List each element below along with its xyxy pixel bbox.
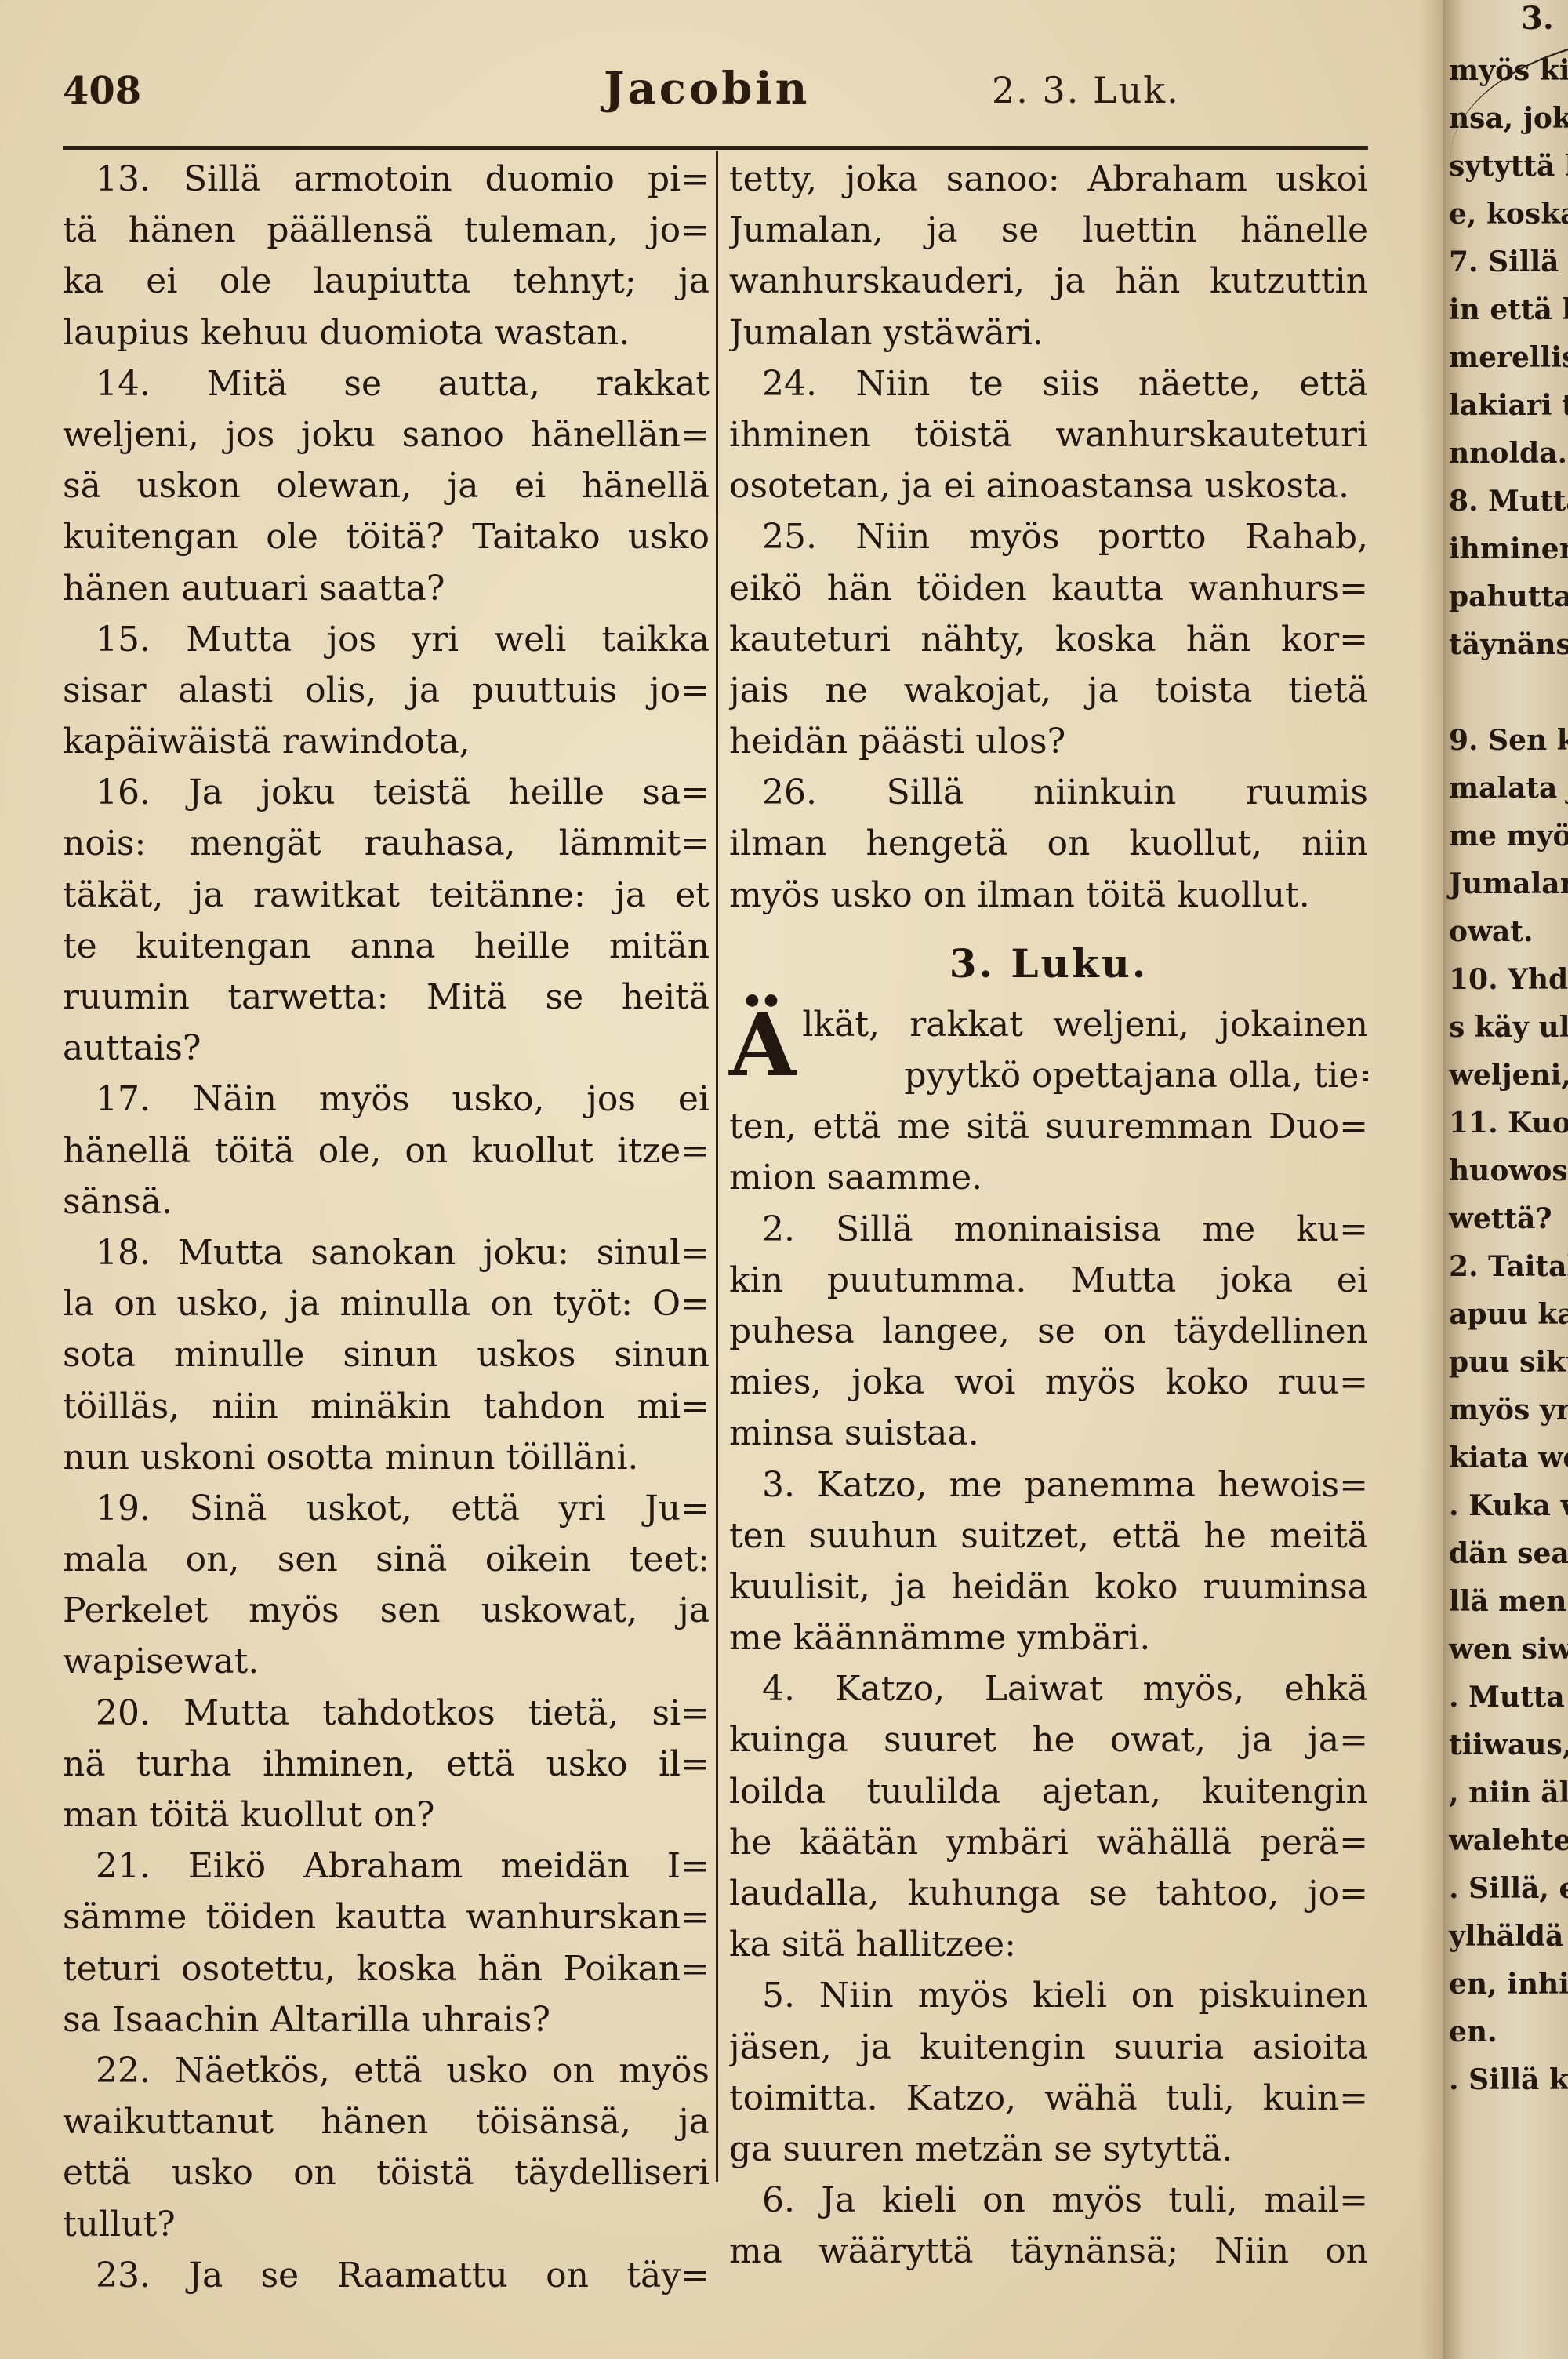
facing-line: ihminen as [1449, 525, 1568, 573]
facing-line: sytyttä kai [1449, 143, 1568, 191]
text-line: 25. Niin myös portto Rahab, [729, 511, 1368, 562]
running-header: 408 Jacobin 2. 3. Luk. [63, 55, 1368, 133]
facing-line: 8. Mutta [1449, 478, 1568, 525]
facing-line: s käy ulos. [1449, 1004, 1568, 1052]
facing-line: llä menollans [1449, 1578, 1568, 1626]
facing-line: pahutta, ku [1449, 573, 1568, 621]
text-line: 13. Sillä armotoin duomio pi= [63, 154, 710, 205]
facing-line: myös kieli [1449, 47, 1568, 95]
text-line: ihminen töistä wanhurskauteturi [729, 409, 1368, 460]
facing-line: en, inhimill [1449, 1961, 1568, 2008]
facing-line: owat. [1449, 908, 1568, 956]
text-line: tä hänen päällensä tuleman, jo= [63, 205, 710, 256]
running-title: Jacobin [604, 63, 810, 114]
text-line: 20. Mutta tahdotkos tietä, si= [63, 1688, 710, 1739]
text-line: kuinga suuret he owat, ja ja= [729, 1714, 1368, 1765]
facing-line: walehtelko to [1449, 1817, 1568, 1865]
text-line: pyytkö opettajana olla, tie= [802, 1050, 1368, 1101]
text-line: mies, joka woi myös koko ruu= [729, 1357, 1368, 1408]
text-line: me käännämme ymbäri. [729, 1612, 1368, 1663]
text-line: sänsä. [63, 1176, 710, 1227]
text-line: te kuitengan anna heille mitän [63, 921, 710, 972]
text-line: 16. Ja joku teistä heille sa= [63, 767, 710, 818]
right-column-verses-ch2: tetty, joka sanoo: Abraham uskoiJumalan,… [729, 154, 1368, 921]
facing-line: puu sikunitä [1449, 1339, 1568, 1387]
text-line: 5. Niin myös kieli on piskuinen [729, 1970, 1368, 2021]
text-line: man töitä kuollut on? [63, 1790, 710, 1841]
text-line: weljeni, jos joku sanoo hänellän= [63, 409, 710, 460]
facing-line [1449, 669, 1568, 717]
facing-line: me myös ki [1449, 812, 1568, 860]
facing-line: in että lind [1449, 286, 1568, 334]
facing-line: malata ja J [1449, 765, 1568, 812]
text-line: teturi osotettu, koska hän Poikan= [63, 1943, 710, 1994]
text-line: kuulisit, ja heidän koko ruuminsa [729, 1561, 1368, 1612]
facing-line: 9. Sen ka [1449, 717, 1568, 765]
text-line: osotetan, ja ei ainoastansa uskosta. [729, 460, 1368, 511]
facing-line: Jumalan [1449, 860, 1568, 908]
text-line: Jumalan ystäwäri. [729, 307, 1368, 358]
text-line: myös usko on ilman töitä kuollut. [729, 870, 1368, 921]
text-line: ruumin tarwetta: Mitä se heitä [63, 972, 710, 1023]
drop-cap: Ä [729, 1002, 796, 1089]
text-line: töilläs, niin minäkin tahdon mi= [63, 1381, 710, 1432]
text-line: ten suuhun suitzet, että he meitä [729, 1510, 1368, 1561]
facing-page-lines: myös kielinsa, joka kosytyttä kaie, kosk… [1449, 47, 1568, 2104]
facing-line: nsa, joka ko [1449, 95, 1568, 143]
text-line: 6. Ja kieli on myös tuli, mail= [729, 2175, 1368, 2226]
facing-line: huowosta [1449, 1147, 1568, 1195]
text-line: 15. Mutta jos yri weli taikka [63, 614, 710, 665]
facing-line: täynänsä. [1449, 621, 1568, 669]
facing-line: . Kuka wi [1449, 1482, 1568, 1530]
text-line: 14. Mitä se autta, rakkat [63, 358, 710, 409]
text-line: jäsen, ja kuitengin suuria asioita [729, 2022, 1368, 2073]
facing-line: lakiari t [1449, 382, 1568, 430]
text-line: ma wääryttä täynänsä; Niin on [729, 2226, 1368, 2277]
text-line: sämme töiden kautta wanhurskan= [63, 1892, 710, 1943]
text-line: sä uskon olewan, ja ei hänellä [63, 460, 710, 511]
facing-header-fragment: 3. [1521, 0, 1554, 37]
text-line: ilman hengetä on kuollut, niin [729, 818, 1368, 869]
text-line: loilda tuulilda ajetan, kuitengin [729, 1766, 1368, 1817]
text-line: auttais? [63, 1023, 710, 1074]
column-divider [716, 151, 718, 2182]
facing-line: kiata wettä [1449, 1434, 1568, 1482]
text-line: ka sitä hallitzee: [729, 1919, 1368, 1970]
text-line: tetty, joka sanoo: Abraham uskoi [729, 154, 1368, 205]
text-line: jais ne wakojat, ja toista tietä [729, 665, 1368, 716]
text-line: 17. Näin myös usko, jos ei [63, 1074, 710, 1125]
text-line: wanhurskauderi, ja hän kutzuttin [729, 256, 1368, 307]
text-line: 2. Sillä moninaisisa me ku= [729, 1204, 1368, 1255]
facing-line: weljeni, oler [1449, 1052, 1568, 1100]
text-line: heidän päästi ulos? [729, 716, 1368, 767]
right-column: tetty, joka sanoo: Abraham uskoiJumalan,… [729, 154, 1368, 2277]
text-line: 24. Niin te siis näette, että [729, 358, 1368, 409]
text-line: ka ei ole laupiutta tehnyt; ja [63, 256, 710, 307]
text-line: sota minulle sinun uskos sinun [63, 1329, 710, 1380]
text-line: tullut? [63, 2199, 710, 2250]
facing-line: wettä? [1449, 1195, 1568, 1243]
facing-line: e, koska se [1449, 191, 1568, 238]
text-line: laupius kehuu duomiota wastan. [63, 307, 710, 358]
facing-line: , niin älkät [1449, 1769, 1568, 1817]
page-number: 408 [63, 69, 141, 113]
text-line: 3. Katzo, me panemma hewois= [729, 1459, 1368, 1510]
text-line: sa Isaachin Altarilla uhrais? [63, 1994, 710, 2045]
text-line: sisar alasti olis, ja puuttuis jo= [63, 665, 710, 716]
chapter-reference: 2. 3. Luk. [992, 69, 1180, 111]
facing-line: . Sillä ku [1449, 2056, 1568, 2104]
book-page: 408 Jacobin 2. 3. Luk. 13. Sillä armotoi… [0, 0, 1443, 2359]
text-line: eikö hän töiden kautta wanhurs= [729, 563, 1368, 614]
left-column: 13. Sillä armotoin duomio pi=tä hänen pä… [63, 154, 710, 2301]
facing-line: 2. Taitako, [1449, 1243, 1568, 1291]
facing-line: dän seasann [1449, 1530, 1568, 1578]
text-line: kapäiwäistä rawindota, [63, 716, 710, 767]
text-line: mala on, sen sinä oikein teet: [63, 1534, 710, 1585]
text-line: 26. Sillä niinkuin ruumis [729, 767, 1368, 818]
text-line: täkät, ja rawitkat teitänne: ja et [63, 870, 710, 921]
text-line: 22. Näetkös, että usko on myös [63, 2045, 710, 2096]
text-line: kin puutumma. Mutta joka ei [729, 1255, 1368, 1306]
text-line: waikuttanut hänen töisänsä, ja [63, 2096, 710, 2147]
text-line: nun uskoni osotta minun töilläni. [63, 1432, 710, 1483]
text-line: kuitengan ole töitä? Taitako usko [63, 511, 710, 562]
text-line: puhesa langee, se on täydellinen [729, 1306, 1368, 1357]
text-line: la on usko, ja minulla on työt: O= [63, 1278, 710, 1329]
text-line: hänen autuari saatta? [63, 563, 710, 614]
text-line: Perkelet myös sen uskowat, ja [63, 1585, 710, 1636]
facing-line: . Sillä, ei s [1449, 1865, 1568, 1913]
text-line: lkät, rakkat weljeni, jokainen [802, 999, 1368, 1050]
text-line: laudalla, kuhunga se tahtoo, jo= [729, 1868, 1368, 1919]
text-line: 19. Sinä uskot, että yri Ju= [63, 1483, 710, 1534]
text-line: Jumalan, ja se luettin hänelle [729, 205, 1368, 256]
text-line: ga suuren metzän se sytyttä. [729, 2124, 1368, 2175]
text-line: minsa suistaa. [729, 1408, 1368, 1459]
facing-line: en. [1449, 2008, 1568, 2056]
chapter-opening: Ä lkät, rakkat weljeni, jokainenpyytkö o… [729, 999, 1368, 1101]
facing-line: nnolda. [1449, 430, 1568, 478]
facing-line: wen siweydes [1449, 1626, 1568, 1674]
facing-line: 7. Sillä k [1449, 238, 1568, 286]
text-line: 4. Katzo, Laiwat myös, ehkä [729, 1663, 1368, 1714]
facing-line: myös yrikän [1449, 1387, 1568, 1434]
text-line: nois: mengät rauhasa, lämmit= [63, 818, 710, 869]
right-column-verses-ch3: ten, että me sitä suuremman Duo=mion saa… [729, 1101, 1368, 2277]
facing-line: 10. Yhdestä [1449, 956, 1568, 1004]
text-line: wapisewat. [63, 1636, 710, 1687]
text-line: toimitta. Katzo, wähä tuli, kuin= [729, 2073, 1368, 2124]
text-line: ten, että me sitä suuremman Duo= [729, 1101, 1368, 1152]
facing-line: tiiwaus, ja [1449, 1721, 1568, 1769]
text-line: hänellä töitä ole, on kuollut itze= [63, 1125, 710, 1176]
text-line: nä turha ihminen, että usko il= [63, 1739, 710, 1790]
facing-line: ylhäldä tullu [1449, 1913, 1568, 1961]
text-line: mion saamme. [729, 1152, 1368, 1203]
header-rule [63, 146, 1368, 150]
facing-line: . Mutta jos [1449, 1674, 1568, 1721]
text-line: 18. Mutta sanokan joku: sinul= [63, 1227, 710, 1278]
facing-line: merellisten, [1449, 334, 1568, 382]
text-line: kauteturi nähty, koska hän kor= [729, 614, 1368, 665]
chapter-heading: 3. Luku. [729, 921, 1368, 999]
facing-line: 11. Kuohuko [1449, 1100, 1568, 1147]
text-line: 21. Eikö Abraham meidän I= [63, 1841, 710, 1892]
facing-line: apuu kand [1449, 1291, 1568, 1339]
text-line: että usko on töistä täydelliseri [63, 2147, 710, 2198]
text-line: he käätän ymbäri wähällä perä= [729, 1817, 1368, 1868]
facing-page-fragment: 3. myös kielinsa, joka kosytyttä kaie, k… [1443, 0, 1568, 2359]
text-line: 23. Ja se Raamattu on täy= [63, 2250, 710, 2301]
